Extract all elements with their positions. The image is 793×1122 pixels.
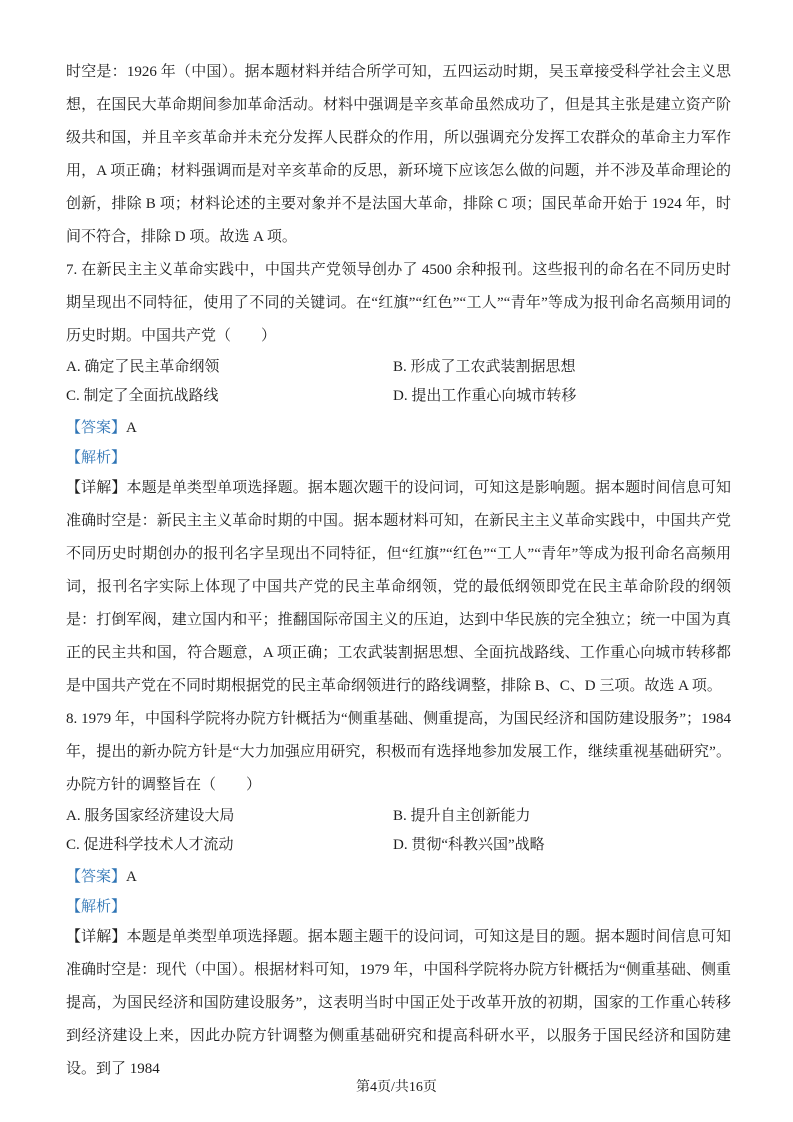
question-7-block: 7. 在新民主主义革命实践中，中国共产党领导创办了 4500 余种报刊。这些报刊… (66, 254, 731, 703)
answer-marker: 【答案】 (66, 420, 126, 436)
q8-answer-line: 【答案】A (66, 860, 731, 894)
q8-detail-text: 本题是单类型单项选择题。据本题主题干的设问词，可知这是目的题。据本题时间信息可知… (66, 929, 731, 1077)
q7-answer-line: 【答案】A (66, 411, 731, 445)
q7-detail-text: 本题是单类型单项选择题。据本题次题干的设问词，可知这是影响题。据本题时间信息可知… (66, 480, 731, 694)
q7-options-row-2: C. 制定了全面抗战路线 D. 提出工作重心向城市转移 (66, 382, 731, 411)
q8-option-c: C. 促进科学技术人才流动 (66, 831, 393, 860)
q6-explanation-continuation: 时空是：1926 年（中国）。据本题材料并结合所学可知，五四运动时期，吴玉章接受… (66, 56, 731, 254)
q8-analysis-line: 【解析】 (66, 894, 731, 921)
q7-stem: 7. 在新民主主义革命实践中，中国共产党领导创办了 4500 余种报刊。这些报刊… (66, 254, 731, 353)
page-number-footer: 第4页/共16页 (0, 1078, 793, 1098)
q7-option-d: D. 提出工作重心向城市转移 (393, 382, 731, 411)
q7-option-c: C. 制定了全面抗战路线 (66, 382, 393, 411)
q8-option-d: D. 贯彻“科教兴国”战略 (393, 831, 731, 860)
analysis-marker: 【解析】 (66, 450, 126, 466)
q7-analysis-line: 【解析】 (66, 445, 731, 472)
detail-marker: 【详解】 (66, 929, 126, 945)
q8-answer-value: A (126, 869, 137, 885)
q7-options-row-1: A. 确定了民主革命纲领 B. 形成了工农武装割据思想 (66, 353, 731, 382)
q7-answer-value: A (126, 420, 137, 436)
q8-option-a: A. 服务国家经济建设大局 (66, 802, 393, 831)
q8-detail-paragraph: 【详解】本题是单类型单项选择题。据本题主题干的设问词，可知这是目的题。据本题时间… (66, 921, 731, 1086)
q8-options-row-1: A. 服务国家经济建设大局 B. 提升自主创新能力 (66, 802, 731, 831)
q8-options-row-2: C. 促进科学技术人才流动 D. 贯彻“科教兴国”战略 (66, 831, 731, 860)
answer-marker: 【答案】 (66, 869, 126, 885)
q7-option-a: A. 确定了民主革命纲领 (66, 353, 393, 382)
exam-answer-document-page: 时空是：1926 年（中国）。据本题材料并结合所学可知，五四运动时期，吴玉章接受… (0, 0, 793, 1122)
detail-marker: 【详解】 (66, 480, 126, 496)
q8-option-b: B. 提升自主创新能力 (393, 802, 731, 831)
q8-stem: 8. 1979 年，中国科学院将办院方针概括为“侧重基础、侧重提高，为国民经济和… (66, 703, 731, 802)
q7-option-b: B. 形成了工农武装割据思想 (393, 353, 731, 382)
question-8-block: 8. 1979 年，中国科学院将办院方针概括为“侧重基础、侧重提高，为国民经济和… (66, 703, 731, 1086)
q7-detail-paragraph: 【详解】本题是单类型单项选择题。据本题次题干的设问词，可知这是影响题。据本题时间… (66, 472, 731, 703)
analysis-marker: 【解析】 (66, 899, 126, 915)
